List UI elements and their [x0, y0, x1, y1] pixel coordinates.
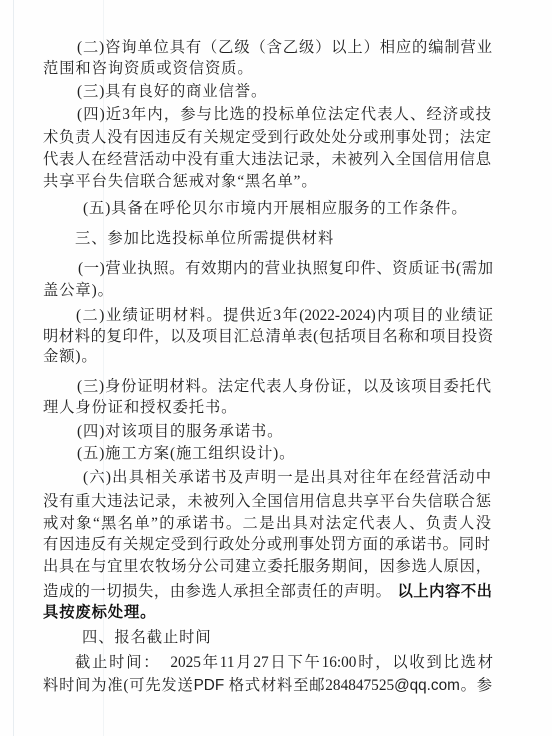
text-line: 理人身份证和授权委托书。	[43, 398, 237, 418]
text-line: (五)具备在呼伦贝尔市境内开展相应服务的工作条件。	[83, 199, 468, 219]
document-page: (二)咨询单位具有（乙级（含乙级）以上）相应的编制营业 范围和咨询资质或资信资质…	[0, 0, 552, 736]
scan-artifact-line	[13, 0, 14, 736]
text-line: 代表人在经营活动中没有重大违法记录，未被列入全国信用信息	[43, 150, 491, 170]
text-line: 范围和咨询资质或资信资质。	[43, 59, 254, 79]
text-line: 金额)。	[43, 347, 98, 367]
text-line: (五)施工方案(施工组织设计)。	[77, 444, 295, 464]
text-line: 共享平台失信联合惩戒对象“黑名单”。	[43, 172, 318, 192]
text-line: (二)咨询单位具有（乙级（含乙级）以上）相应的编制营业	[77, 38, 492, 58]
email-domain: @qq.com	[394, 677, 460, 694]
text-line: 盖公章)。	[43, 281, 114, 301]
deadline-continuation-line: 料时间为准(可先发送PDF 格式材料至邮284847525@qq.com。参	[43, 676, 492, 696]
text-segment: 料时间为准(可先发送	[43, 677, 194, 694]
text-segment: 。参	[460, 677, 492, 694]
text-segment: 造成的一切损失，由参选人承担全部责任的声明。	[43, 583, 391, 600]
text-line: 术负责人没有因违反有关规定受到行政处处分或刑事处罚；法定	[43, 128, 491, 148]
bold-notice: 以上内容不出	[397, 583, 492, 600]
text-line: (一)营业执照。有效期内的营业执照复印件、资质证书(需加	[78, 259, 493, 279]
text-line: (二)业绩证明材料。提供近3年(2022-2024)内项目的业绩证	[76, 306, 493, 326]
text-line: 没有重大违法记录，未被列入全国信用信息共享平台失信联合惩	[43, 492, 491, 512]
text-line: (四)对该项目的服务承诺书。	[77, 422, 283, 442]
text-line: (三)具有良好的商业信誉。	[77, 82, 267, 102]
text-line: 有因违反有关规定受到行政处分或刑事处罚方面的承诺书。同时	[43, 535, 490, 555]
text-line: 出具在与宜里农牧场分公司建立委托服务期间，因参选人原因，	[43, 557, 491, 577]
text-line: (三)身份证明材料。法定代表人身份证，以及该项目委托代	[77, 377, 491, 397]
text-segment: 格式材料至邮	[224, 677, 325, 694]
text-line: 戒对象“黑名单”的承诺书。二是出具对法定代表人、负责人没	[43, 514, 491, 534]
deadline-label: 截止时间：	[75, 654, 160, 671]
text-line: 明材料的复印件，以及项目汇总清单表(包括项目名称和项目投资	[43, 327, 493, 347]
text-line-mixed: 造成的一切损失，由参选人承担全部责任的声明。以上内容不出	[43, 582, 492, 602]
deadline-line: 截止时间：2025年11月27日下午16:00时，以收到比选材	[75, 653, 493, 673]
deadline-value: 2025年11月27日下午16:00时，以收到比选材	[170, 654, 493, 671]
section-heading: 四、报名截止时间	[82, 628, 212, 648]
section-heading: 三、参加比选投标单位所需提供材料	[75, 229, 334, 249]
email-local-part: 284847525	[325, 677, 394, 694]
text-line: (四)近3年内，参与比选的投标单位法定代表人、经济或技	[77, 105, 491, 125]
file-format: PDF	[194, 677, 225, 694]
bold-notice: 具按废标处理。	[43, 603, 156, 623]
text-line: (六)出具相关承诺书及声明一是出具对往年在经营活动中	[83, 468, 491, 488]
